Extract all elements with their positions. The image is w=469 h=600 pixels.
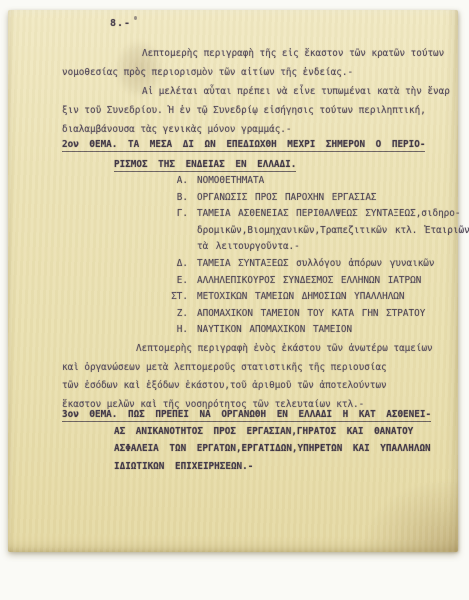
item-label: ΣΤ.: [62, 289, 197, 306]
item-text: ΑΠΟΜΑΧΙΚΟΝ ΤΑΜΕΙΟΝ ΤΟΥ ΚΑΤΑ ΓΗΝ ΣΤΡΑΤΟΥ: [197, 308, 425, 319]
item-label: Ε.: [62, 273, 197, 290]
underlined-text: ΡΙΣΜΟΣ ΤΗΣ ΕΝΔΕΙΑΣ ΕΝ ΕΛΛΑΔΙ.: [114, 159, 296, 172]
underlined-text: 3ον ΘΕΜΑ. ΠΩΣ ΠΡΕΠΕΙ ΝΑ ΟΡΓΑΝΩΘΗ ΕΝ ΕΛΛΑ…: [62, 409, 431, 422]
theme-2-heading: 2ον ΘΕΜΑ. ΤΑ ΜΕΣΑ ΔΙ ΩΝ ΕΠΕΔΙΩΧΘΗ ΜΕΧΡΙ …: [62, 135, 460, 174]
theme-2-item-list: Α. ΝΟΜΟΘΕΤΗΜΑΤΑ Β. ΟΡΓΑΝΩΣΙΣ ΠΡΟΣ ΠΑΡΟΧΗ…: [62, 173, 460, 339]
funds-detail-paragraph: Λεπτομερὴς περιγραφὴ ἑνὸς ἑκάστου τῶν ἀν…: [62, 340, 460, 414]
item-text: ΤΑΜΕΙΑ ΣΥΝΤΑΞΕΩΣ συλλόγου ἀπόρων γυναικῶ…: [197, 258, 435, 269]
list-item: Η. ΝΑΥΤΙΚΟΝ ΑΠΟΜΑΧΙΚΟΝ ΤΑΜΕΙΟΝ: [62, 322, 460, 339]
list-item: Β. ΟΡΓΑΝΩΣΙΣ ΠΡΟΣ ΠΑΡΟΧΗΝ ΕΡΓΑΣΙΑΣ: [62, 190, 460, 207]
item-text: ΤΑΜΕΙΑ ΑΣΘΕΝΕΙΑΣ ΠΕΡΙΘΑΛΨΕΩΣ ΣΥΝΤΑΞΕΩΣ,σ…: [197, 206, 469, 223]
list-item: Ε. ΑΛΛΗΛΕΠΙΚΟΥΡΟΣ ΣΥΝΔΕΣΜΟΣ ΕΛΛΗΝΩΝ ΙΑΤΡ…: [62, 273, 460, 290]
item-label: Η.: [62, 322, 197, 339]
underlined-text: 2ον ΘΕΜΑ. ΤΑ ΜΕΣΑ ΔΙ ΩΝ ΕΠΕΔΙΩΧΘΗ ΜΕΧΡΙ …: [62, 139, 425, 152]
intro-paragraph: Λεπτομερὴς περιγραφὴ τῆς εἰς ἕκαστον τῶν…: [62, 44, 460, 82]
heading-line: ΑΣ ΑΝΙΚΑΝΟΤΗΤΟΣ ΠΡΟΣ ΕΡΓΑΣΙΑΝ,ΓΗΡΑΤΟΣ ΚΑ…: [62, 423, 460, 440]
heading-line: 2ον ΘΕΜΑ. ΤΑ ΜΕΣΑ ΔΙ ΩΝ ΕΠΕΔΙΩΧΘΗ ΜΕΧΡΙ …: [62, 135, 460, 155]
scanned-document-page: { "colors": { "scan_background": "#fafaf…: [0, 0, 469, 600]
list-item: Ζ. ΑΠΟΜΑΧΙΚΟΝ ΤΑΜΕΙΟΝ ΤΟΥ ΚΑΤΑ ΓΗΝ ΣΤΡΑΤ…: [62, 306, 460, 323]
paper-sheet: 8.- Λεπτομερὴς περιγραφὴ τῆς εἰς ἕκαστον…: [8, 10, 458, 552]
paper-crease: [363, 480, 458, 552]
item-label: Β.: [62, 190, 197, 207]
text-line: τῶν ἐσόδων καὶ ἐξόδων ἑκάστου,τοῦ ἀριθμο…: [62, 377, 460, 396]
heading-line: ΙΔΙΩΤΙΚΩΝ ΕΠΙΧΕΙΡΗΣΕΩΝ.-: [62, 458, 460, 475]
item-label: Γ.: [62, 206, 197, 256]
item-label: Δ.: [62, 256, 197, 273]
heading-line: ΡΙΣΜΟΣ ΤΗΣ ΕΝΔΕΙΑΣ ΕΝ ΕΛΛΑΔΙ.: [62, 155, 460, 175]
item-text: ΝΑΥΤΙΚΟΝ ΑΠΟΜΑΧΙΚΟΝ ΤΑΜΕΙΟΝ: [197, 324, 352, 335]
text-line: ξιν τοῦ Συνεδρίου. Ἡ ἐν τῷ Συνεδρίῳ εἰσή…: [62, 101, 460, 120]
theme-3-heading: 3ον ΘΕΜΑ. ΠΩΣ ΠΡΕΠΕΙ ΝΑ ΟΡΓΑΝΩΘΗ ΕΝ ΕΛΛΑ…: [62, 406, 460, 475]
text-line: καὶ ὀργανώσεων μετὰ λεπτομεροῦς στατιστι…: [62, 359, 460, 378]
item-label: Α.: [62, 173, 197, 190]
text-line: νομοθεσίας πρὸς περιορισμὸν τῶν αἰτίων τ…: [62, 63, 460, 82]
page-number: 8.-: [110, 18, 170, 29]
item-text: δρομικῶν,Βιομηχανικῶν,Τραπεζιτικῶν κτλ. …: [197, 223, 469, 240]
list-item: Γ. ΤΑΜΕΙΑ ΑΣΘΕΝΕΙΑΣ ΠΕΡΙΘΑΛΨΕΩΣ ΣΥΝΤΑΞΕΩ…: [62, 206, 460, 256]
item-text: ΑΛΛΗΛΕΠΙΚΟΥΡΟΣ ΣΥΝΔΕΣΜΟΣ ΕΛΛΗΝΩΝ ΙΑΤΡΩΝ: [197, 275, 421, 286]
text-line: Λεπτομερὴς περιγραφὴ ἑνὸς ἑκάστου τῶν ἀν…: [62, 340, 460, 359]
text-line: Λεπτομερὴς περιγραφὴ τῆς εἰς ἕκαστον τῶν…: [62, 44, 460, 63]
list-item: ΣΤ. ΜΕΤΟΧΙΚΩΝ ΤΑΜΕΙΩΝ ΔΗΜΟΣΙΩΝ ΥΠΑΛΛΗΛΩΝ: [62, 289, 460, 306]
item-text: τὰ λειτουργοῦντα.-: [197, 239, 469, 256]
item-text: ΝΟΜΟΘΕΤΗΜΑΤΑ: [197, 175, 264, 186]
heading-line: 3ον ΘΕΜΑ. ΠΩΣ ΠΡΕΠΕΙ ΝΑ ΟΡΓΑΝΩΘΗ ΕΝ ΕΛΛΑ…: [62, 406, 460, 423]
text-line: Αἱ μελέται αὗται πρέπει νὰ εἶνε τυπωμένα…: [62, 82, 460, 101]
list-item: Α. ΝΟΜΟΘΕΤΗΜΑΤΑ: [62, 173, 460, 190]
studies-paragraph: Αἱ μελέται αὗται πρέπει νὰ εἶνε τυπωμένα…: [62, 82, 460, 139]
item-text: ΟΡΓΑΝΩΣΙΣ ΠΡΟΣ ΠΑΡΟΧΗΝ ΕΡΓΑΣΙΑΣ: [197, 192, 377, 203]
heading-line: ΑΣΦΑΛΕΙΑ ΤΩΝ ΕΡΓΑΤΩΝ,ΕΡΓΑΤΙΔΩΝ,ΥΠΗΡΕΤΩΝ …: [62, 440, 460, 457]
list-item: Δ. ΤΑΜΕΙΑ ΣΥΝΤΑΞΕΩΣ συλλόγου ἀπόρων γυνα…: [62, 256, 460, 273]
item-text: ΜΕΤΟΧΙΚΩΝ ΤΑΜΕΙΩΝ ΔΗΜΟΣΙΩΝ ΥΠΑΛΛΗΛΩΝ: [197, 291, 405, 302]
item-label: Ζ.: [62, 306, 197, 323]
